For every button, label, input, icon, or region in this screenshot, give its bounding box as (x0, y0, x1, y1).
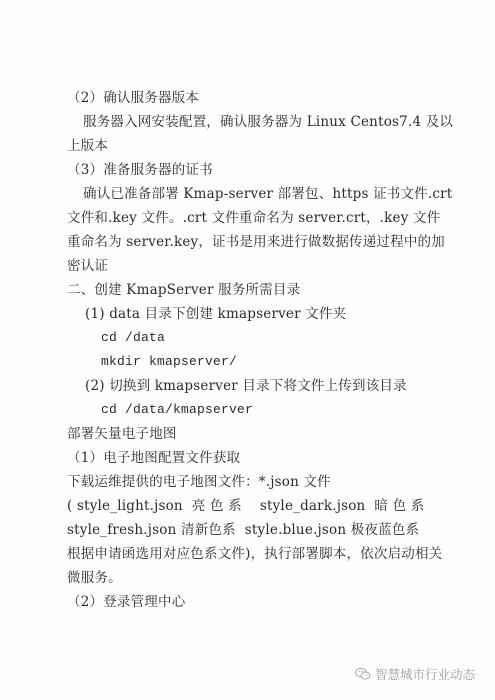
step-create-folder: (1) data 目录下创建 kmapserver 文件夹 (85, 305, 346, 323)
command-cd-data: cd /data (101, 329, 165, 347)
section-heading-create-directory: 二、创建 KmapServer 服务所需目录 (67, 281, 300, 299)
wechat-icon (355, 667, 371, 681)
paragraph-deploy-script-cont: 微服务。 (67, 569, 122, 587)
paragraph-certificate-cont-1: 文件和.key 文件。.crt 文件重命名为 server.crt，.key 文… (67, 209, 440, 227)
paragraph-style-files-1: ( style_light.json 亮 色 系 style_dark.json… (67, 497, 425, 515)
step-switch-directory: (2) 切换到 kmapserver 目录下将文件上传到该目录 (85, 377, 407, 395)
paragraph-certificate: 确认已准备部署 Kmap-server 部署包、https 证书文件.crt (83, 185, 452, 203)
watermark-text: 智慧城市行业动态 (375, 665, 475, 683)
paragraph-certificate-cont-2: 重命名为 server.key，证书是用来进行做数据传递过程中的加 (67, 233, 445, 251)
document-page: （2）确认服务器版本 服务器入网安装配置，确认服务器为 Linux Centos… (0, 0, 495, 700)
heading-prepare-certificate: （3）准备服务器的证书 (67, 161, 213, 179)
paragraph-style-files-2: style_fresh.json 清新色系 style.blue.json 极夜… (67, 521, 419, 539)
watermark: 智慧城市行业动态 (355, 665, 475, 683)
heading-login-admin-center: （2）登录管理中心 (67, 593, 185, 611)
paragraph-certificate-cont-3: 密认证 (67, 257, 108, 275)
command-cd-kmapserver: cd /data/kmapserver (101, 401, 253, 419)
heading-map-config-file: （1）电子地图配置文件获取 (67, 449, 240, 467)
paragraph-deploy-script: 根据申请函选用对应色系文件)，执行部署脚本，依次启动相关 (67, 545, 442, 563)
paragraph-server-version: 服务器入网安装配置，确认服务器为 Linux Centos7.4 及以 (83, 113, 453, 131)
command-mkdir: mkdir kmapserver/ (101, 353, 237, 371)
paragraph-server-version-cont: 上版本 (67, 137, 108, 155)
paragraph-download-json: 下载运维提供的电子地图文件：*.json 文件 (67, 473, 331, 491)
section-heading-deploy-map: 部署矢量电子地图 (67, 425, 177, 443)
heading-confirm-server-version: （2）确认服务器版本 (67, 89, 199, 107)
